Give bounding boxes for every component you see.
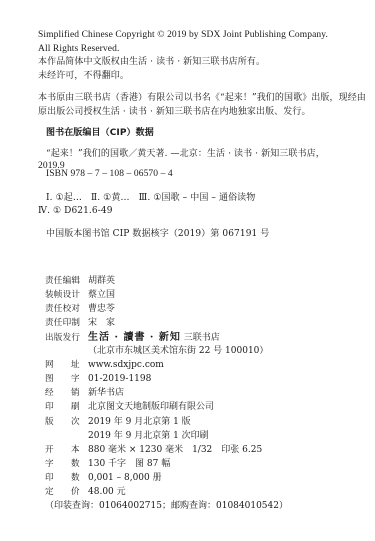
credit-value: 曹忠苓 [88,304,115,315]
credit-row-printing-supervisor: 责任印制宋 家 [45,318,115,329]
credit-label: 经销 [45,388,85,399]
inquiry-contacts: （印装查询：01064002715；邮购查询：01084010542） [45,501,288,512]
credit-row-proofreader: 责任校对曹忠苓 [45,304,115,315]
copyright-english-line-1: Simplified Chinese Copyright © 2019 by S… [38,30,328,41]
cip-subjects-line-2: Ⅳ. ① D621.6-49 [38,206,113,217]
credit-label: 开本 [45,445,85,456]
credit-row-publisher: 出版发行生活 · 讀書 · 新知 三联书店 [45,332,220,344]
credit-value: 0,001 – 8,000 册 [88,473,162,484]
credit-label: 责任编辑 [45,276,85,287]
credit-row-distributor: 经销新华书店 [45,388,124,399]
credit-row-website: 网址www.sdxjpc.com [45,360,164,371]
cip-entry-line-1: “起来！”我们的国歌／黄天著. —北京：生活 · 读书 · 新知三联书店， [46,149,325,160]
credit-row-print-run: 印数0,001 – 8,000 册 [45,473,162,484]
credit-label: 印刷 [45,402,85,413]
credit-label: 印数 [45,473,85,484]
credit-value: 2019 年 9 月北京第 1 次印刷 [88,431,209,442]
credit-label: 字数 [45,459,85,470]
credit-row-design: 装帧设计蔡立国 [45,290,115,301]
credit-row-editor: 责任编辑胡群英 [45,276,115,287]
credit-value: 01-2019-1198 [88,374,151,385]
credit-row-price: 定价48.00 元 [45,487,126,498]
credit-row-image-code: 图字01-2019-1198 [45,374,151,385]
credit-label: 版次 [45,417,85,428]
copyright-chinese-line-2: 未经许可，不得翻印。 [38,71,129,82]
credit-value: 2019 年 9 月北京第 1 版 [88,417,191,428]
credit-value: 宋 家 [88,318,115,329]
credit-row-address: （北京市东城区美术馆东街 22 号 100010） [45,346,268,357]
cip-subjects-line-1: Ⅰ. ①起… Ⅱ. ①黄… Ⅲ. ①国歌 – 中国 – 通俗读物 [46,193,255,204]
cip-title: 图书在版编目（CIP）数据 [46,128,154,139]
credit-row-printing: 2019 年 9 月北京第 1 次印刷 [45,431,209,442]
credit-value: 蔡立国 [88,290,115,301]
credit-label: 责任印制 [45,318,85,329]
credit-value: 130 千字 图 87 幅 [88,459,170,470]
publisher-address: （北京市东城区美术馆东街 22 号 100010） [88,346,268,357]
credit-value: 48.00 元 [88,487,126,498]
copyright-chinese-line-1: 本作品简体中文版权由生活 · 读书 · 新知三联书店所有。 [38,57,265,68]
publisher-brand-logo: 生活 · 讀書 · 新知 [88,332,181,343]
credit-label: 图字 [45,374,85,385]
publisher-name: 三联书店 [184,333,220,343]
credit-value: 880 毫米 × 1230 毫米 1/32 印张 6.25 [88,445,262,456]
credit-row-edition: 版次2019 年 9 月北京第 1 版 [45,417,191,428]
credit-label: 责任校对 [45,304,85,315]
credit-value: 新华书店 [88,388,124,399]
credit-label: 网址 [45,360,85,371]
license-note-line-2: 原出版公司授权生活 · 读书 · 新知三联书店在内地独家出版、发行。 [38,107,311,118]
cip-isbn: ISBN 978 – 7 – 108 – 06570 – 4 [46,169,173,180]
credit-row-format: 开本880 毫米 × 1230 毫米 1/32 印张 6.25 [45,445,262,456]
copyright-page: Simplified Chinese Copyright © 2019 by S… [0,0,375,541]
credit-value: 胡群英 [88,276,115,287]
credit-value: 生活 · 讀書 · 新知 三联书店 [88,332,220,344]
credit-label: 装帧设计 [45,290,85,301]
credit-label: 出版发行 [45,333,85,344]
credit-value: 北京图文天地制版印刷有限公司 [88,402,214,413]
credit-row-word-count: 字数130 千字 图 87 幅 [45,459,170,470]
credit-row-printer: 印刷北京图文天地制版印刷有限公司 [45,402,214,413]
credit-label: 定价 [45,487,85,498]
website-link[interactable]: www.sdxjpc.com [88,360,164,371]
cip-core-number: 中国版本图书馆 CIP 数据核字（2019）第 067191 号 [46,229,269,240]
copyright-english-line-2: All Rights Reserved. [38,44,119,55]
license-note-line-1: 本书原由三联书店（香港）有限公司以书名《“起来！”我们的国歌》出版，现经由 [38,93,366,104]
